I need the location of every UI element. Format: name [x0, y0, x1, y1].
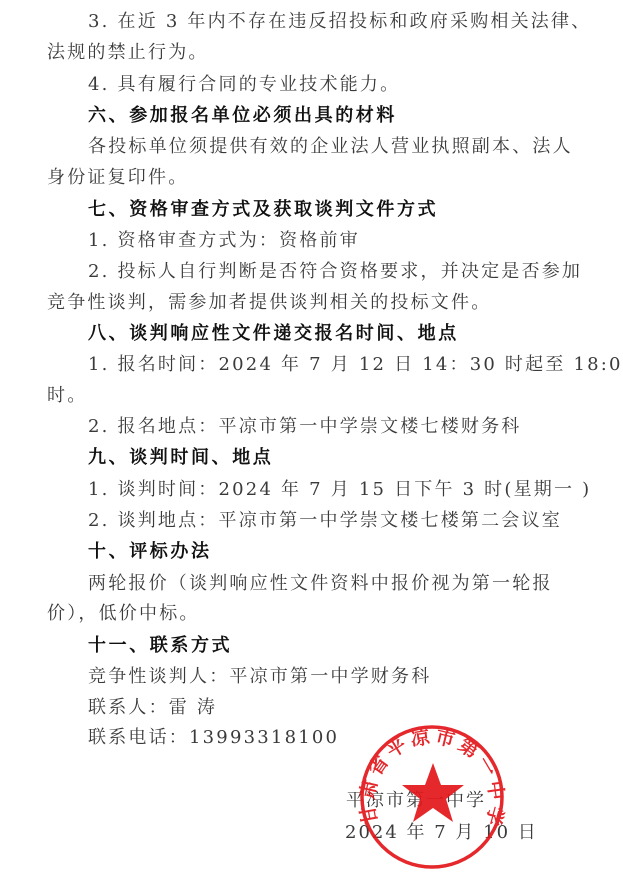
requirement-item-3-cont: 法规的禁止行为。	[47, 42, 209, 64]
negotiation-location: 2. 谈判地点：平凉市第一中学崇文楼七楼第二会议室	[88, 510, 562, 532]
qualification-item-2: 2. 投标人自行判断是否符合资格要求，并决定是否参加	[88, 261, 582, 283]
section-heading-9: 九、谈判时间、地点	[88, 447, 273, 469]
registration-time: 1. 报名时间：2024 年 7 月 12 日 14：30 时起至 18:00	[88, 354, 623, 376]
evaluation-method: 两轮报价（谈判响应性文件资料中报价视为第一轮报	[88, 573, 553, 595]
contact-negotiator: 竞争性谈判人：平凉市第一中学财务科	[88, 666, 431, 688]
qualification-item-2-cont: 竞争性谈判，需参加者提供谈判相关的投标文件。	[47, 292, 491, 314]
qualification-item-1: 1. 资格审查方式为：资格前审	[88, 230, 360, 252]
requirement-item-4: 4. 具有履行合同的专业技术能力。	[88, 74, 400, 96]
section-heading-11: 十一、联系方式	[88, 635, 232, 657]
materials-text: 各投标单位须提供有效的企业法人营业执照副本、法人	[88, 136, 573, 158]
contact-person: 联系人：雷 涛	[88, 697, 217, 719]
evaluation-method-cont: 价），低价中标。	[47, 603, 200, 625]
registration-location: 2. 报名地点：平凉市第一中学崇文楼七楼财务科	[88, 416, 522, 438]
materials-text-cont: 身份证复印件。	[47, 167, 188, 189]
contact-phone: 联系电话：13993318100	[88, 727, 339, 749]
section-heading-8: 八、谈判响应性文件递交报名时间、地点	[88, 323, 459, 345]
negotiation-time: 1. 谈判时间：2024 年 7 月 15 日下午 3 时(星期一 )	[88, 479, 591, 501]
section-heading-10: 十、评标办法	[88, 541, 212, 563]
requirement-item-3: 3. 在近 3 年内不存在违反招投标和政府采购相关法律、	[88, 11, 591, 33]
registration-time-cont: 时。	[47, 385, 87, 407]
star-icon	[402, 763, 464, 822]
section-heading-7: 七、资格审查方式及获取谈判文件方式	[88, 199, 438, 221]
official-seal-stamp: 甘肃省平凉市第一中学	[358, 723, 506, 871]
section-heading-6: 六、参加报名单位必须出具的材料	[88, 105, 397, 127]
